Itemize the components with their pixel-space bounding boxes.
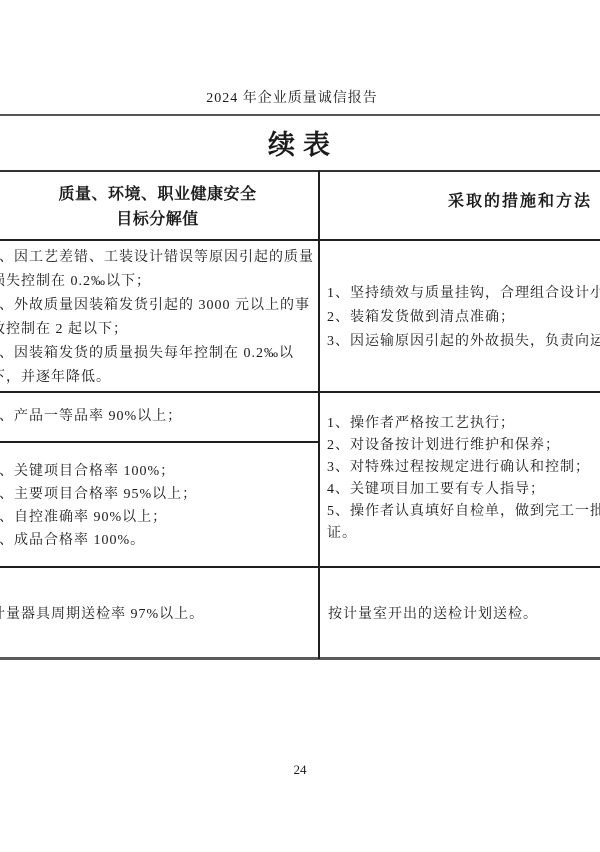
cell-targets-row1: 1、因工艺差错、工装设计错误等原因引起的质量 损失控制在 0.2‰以下； 2、外… <box>0 246 314 390</box>
table-row1-divider <box>0 391 600 393</box>
table-header-bottom-border <box>0 239 600 241</box>
cell-text-line: 2、关键项目合格率 100%； <box>0 460 197 483</box>
column-header-targets: 质量、环境、职业健康安全 目标分解值 <box>0 182 319 232</box>
cell-targets-row3: 2、关键项目合格率 100%； 3、主要项目合格率 95%以上； 4、自控准确率… <box>0 460 197 552</box>
header-rule-line <box>0 114 600 116</box>
cell-text-line: 2、对设备按计划进行维护和保养； <box>327 435 600 457</box>
cell-text-line: 3、因装箱发货的质量损失每年控制在 0.2‰以 <box>0 342 314 366</box>
cell-text-line: 3、因运输原因引起的外故损失，负责向运输 <box>327 330 600 354</box>
continued-table-title: 续表 <box>0 128 600 162</box>
cell-measures-row4: 按计量室开出的送检计划送检。 <box>328 604 538 626</box>
cell-targets-row2: 1、产品一等品率 90%以上； <box>0 405 182 429</box>
table-column-divider <box>318 170 320 659</box>
cell-text-line: 3、对特殊过程按规定进行确认和控制； <box>327 457 600 479</box>
cell-text-line: 1、坚持绩效与质量挂钩，合理组合设计小 <box>327 282 600 306</box>
page-number: 24 <box>0 762 600 778</box>
cell-text-line: 5、操作者认真填好自检单，做到完工一批 <box>327 501 600 523</box>
cell-text-line: 2、装箱发货做到清点准确； <box>327 306 600 330</box>
cell-text-line: 故控制在 2 起以下； <box>0 318 314 342</box>
cell-text-line: 4、自控准确率 90%以上； <box>0 506 197 529</box>
cell-text-line: 下，并逐年降低。 <box>0 366 314 390</box>
cell-text-line: 按计量室开出的送检计划送检。 <box>328 604 538 626</box>
table-top-border <box>0 170 600 172</box>
cell-text-line: 证。 <box>327 523 600 545</box>
cell-text-line: 4、关键项目加工要有专人指导； <box>327 479 600 501</box>
column-header-targets-line: 目标分解值 <box>0 207 319 232</box>
table-row2-divider-left-only <box>0 441 319 443</box>
table-row3-divider <box>0 566 600 568</box>
cell-text-line: 1、产品一等品率 90%以上； <box>0 405 182 429</box>
table-bottom-border <box>0 657 600 660</box>
cell-measures-rows2-3-merged: 1、操作者严格按工艺执行； 2、对设备按计划进行维护和保养； 3、对特殊过程按规… <box>327 413 600 545</box>
cell-measures-row1: 1、坚持绩效与质量挂钩，合理组合设计小 2、装箱发货做到清点准确； 3、因运输原… <box>327 282 600 354</box>
cell-text-line: 1、操作者严格按工艺执行； <box>327 413 600 435</box>
running-header-title: 2024 年企业质量诚信报告 <box>0 90 584 108</box>
cell-targets-row4: 计量器具周期送检率 97%以上。 <box>0 604 204 626</box>
cell-text-line: 损失控制在 0.2‰以下； <box>0 270 314 294</box>
cell-text-line: 计量器具周期送检率 97%以上。 <box>0 604 204 626</box>
cell-text-line: 3、主要项目合格率 95%以上； <box>0 483 197 506</box>
column-header-targets-line: 质量、环境、职业健康安全 <box>0 182 319 207</box>
cell-text-line: 5、成品合格率 100%。 <box>0 529 197 552</box>
document-page: 2024 年企业质量诚信报告 续表 质量、环境、职业健康安全 目标分解值 采取的… <box>0 0 600 852</box>
cell-text-line: 2、外故质量因装箱发货引起的 3000 元以上的事 <box>0 294 314 318</box>
column-header-measures: 采取的措施和方法 <box>319 191 600 213</box>
cell-text-line: 1、因工艺差错、工装设计错误等原因引起的质量 <box>0 246 314 270</box>
